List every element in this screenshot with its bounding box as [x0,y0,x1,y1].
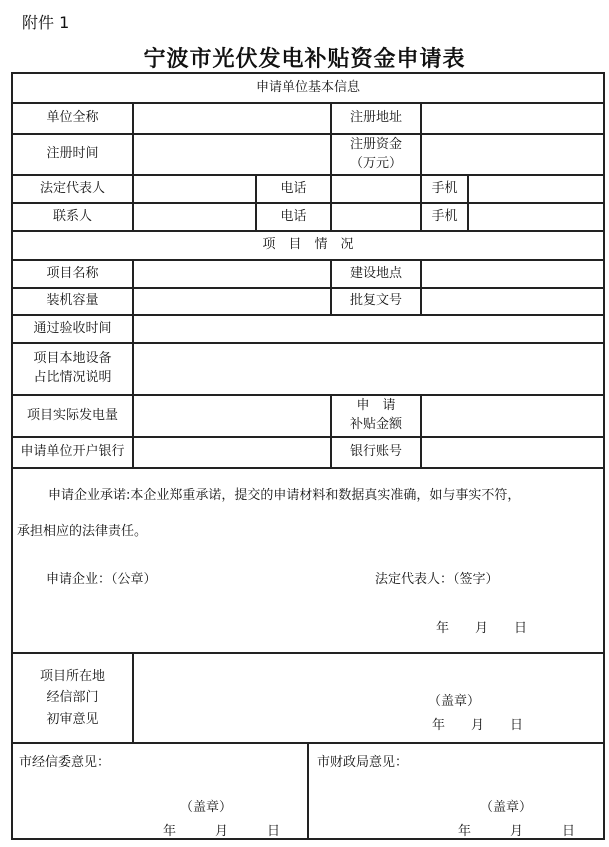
contact-phone-field[interactable] [332,204,420,230]
label-local-review-line2: 经信部门 [46,687,98,708]
label-subsidy-line1: 申 请 [356,397,395,416]
label-reg-capital-line2: （万元） [350,155,402,174]
label-project-name: 项目名称 [13,261,132,287]
unit-name-field[interactable] [134,104,330,133]
row-divider [11,467,605,469]
label-legal-rep-mobile: 手机 [422,176,467,202]
label-reg-time: 注册时间 [13,135,132,174]
label-reg-capital: 注册资金 （万元） [332,135,420,174]
contact-mobile-field[interactable] [469,204,603,230]
label-acceptance-time: 通过验收时间 [13,316,132,342]
label-unit-name: 单位全称 [13,104,132,133]
city-econ-seal: （盖章） [180,796,232,815]
legal-rep-field[interactable] [134,176,255,202]
label-location: 建设地点 [332,261,420,287]
local-equipment-field[interactable] [134,344,603,394]
label-local-review-line1: 项目所在地 [40,666,105,687]
label-subsidy-amount: 申 请 补贴金额 [332,396,420,436]
label-bank: 申请单位开户银行 [13,438,132,467]
reg-capital-field[interactable] [422,135,603,174]
label-local-equipment: 项目本地设备 占比情况说明 [13,344,132,394]
local-review-date: 年 月 日 [432,714,523,733]
label-legal-rep-phone: 电话 [257,176,330,202]
label-local-review: 项目所在地 经信部门 初审意见 [13,654,132,742]
section-basic-info: 申请单位基本信息 [13,74,603,102]
approval-no-field[interactable] [422,289,603,314]
reg-address-field[interactable] [422,104,603,133]
account-field[interactable] [422,438,603,467]
label-contact: 联系人 [13,204,132,230]
reg-time-field[interactable] [134,135,330,174]
subsidy-amount-field[interactable] [422,396,603,436]
contact-field[interactable] [134,204,255,230]
label-legal-rep: 法定代表人 [13,176,132,202]
city-econ-date: 年 月 日 [163,820,280,839]
city-finance-seal: （盖章） [480,796,532,815]
label-approval-no: 批复文号 [332,289,420,314]
local-review-seal: （盖章） [428,690,480,709]
annex-label: 附件 1 [22,10,69,33]
label-subsidy-line2: 补贴金额 [350,416,402,435]
city-finance-label: 市财政局意见： [317,751,408,770]
pledge-date: 年 月 日 [436,617,527,636]
company-seal-label: 申请企业：（公章） [46,568,157,587]
pledge-text-line1: 申请企业承诺:本企业郑重承诺，提交的申请材料和数据真实准确，如与事实不符， [48,484,520,503]
section-project-info: 项 目 情 况 [13,232,603,259]
label-actual-generation: 项目实际发电量 [13,396,132,436]
label-contact-mobile: 手机 [422,204,467,230]
city-finance-date: 年 月 日 [458,820,575,839]
location-field[interactable] [422,261,603,287]
legal-sign-label: 法定代表人：（签字） [375,568,499,587]
label-local-equipment-line2: 占比情况说明 [33,369,111,388]
pledge-text-line2: 承担相应的法律责任。 [17,520,147,539]
label-contact-phone: 电话 [257,204,330,230]
bank-field[interactable] [134,438,330,467]
legal-rep-phone-field[interactable] [332,176,420,202]
project-name-field[interactable] [134,261,330,287]
label-local-equipment-line1: 项目本地设备 [33,350,111,369]
local-review-field[interactable] [134,654,603,742]
acceptance-time-field[interactable] [134,316,603,342]
actual-generation-field[interactable] [134,396,330,436]
label-local-review-line3: 初审意见 [46,709,98,730]
city-econ-label: 市经信委意见： [19,751,110,770]
label-reg-capital-line1: 注册资金 [350,136,402,155]
label-account: 银行账号 [332,438,420,467]
label-reg-address: 注册地址 [332,104,420,133]
legal-rep-mobile-field[interactable] [469,176,603,202]
label-capacity: 装机容量 [13,289,132,314]
capacity-field[interactable] [134,289,330,314]
form-title: 宁波市光伏发电补贴资金申请表 [0,42,609,73]
